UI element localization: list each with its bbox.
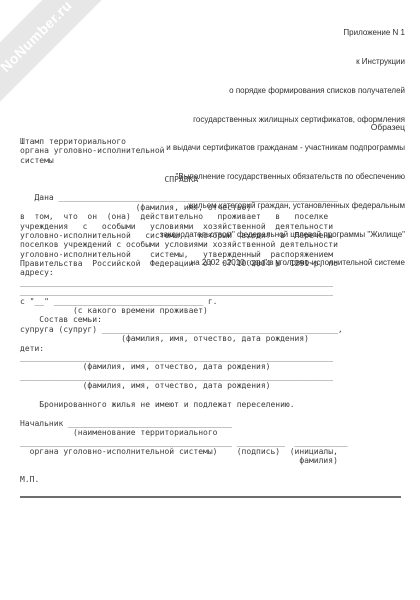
doc-line-paragraph: поселков учреждений с особыми условиями … xyxy=(20,240,348,249)
doc-line-child-blank: ________________________________________… xyxy=(20,372,348,381)
doc-line-address-blank: ________________________________________… xyxy=(20,278,348,287)
document-body: Штамп территориального органа уголовно-и… xyxy=(20,137,348,494)
doc-line-stamp: органа уголовно-исполнительной xyxy=(20,146,348,155)
doc-line-paragraph: учреждения с особыми условиями хозяйстве… xyxy=(20,222,348,231)
header-line: государственных жилищных сертификатов, о… xyxy=(160,115,405,125)
doc-line-blank xyxy=(20,165,348,174)
doc-line-address-blank: ________________________________________… xyxy=(20,287,348,296)
bottom-divider xyxy=(20,496,401,498)
doc-line-stamp: Штамп территориального xyxy=(20,137,348,146)
doc-line-paragraph: Правительства Российской Федерации от 07… xyxy=(20,259,348,268)
doc-line-caption: органа уголовно-исполнительной системы) … xyxy=(20,447,348,456)
doc-line-child-blank: ________________________________________… xyxy=(20,353,348,362)
doc-line-signature-blanks: ________________________________________… xyxy=(20,438,348,447)
doc-line-stamp-place: М.П. xyxy=(20,475,348,484)
doc-line-spouse: супруга (супруг) _______________________… xyxy=(20,325,348,334)
doc-line-paragraph: адресу: xyxy=(20,268,348,277)
document-page: NoNumber.ru Приложение N 1 к Инструкции … xyxy=(0,0,420,600)
doc-line-chief: Начальник ______________________________… xyxy=(20,419,348,428)
doc-line-blank xyxy=(20,484,348,493)
doc-line-title: СПРАВКА xyxy=(20,175,348,184)
doc-line-caption: (фамилия, имя, отчество) xyxy=(20,203,348,212)
doc-line-blank xyxy=(20,184,348,193)
doc-line-paragraph: уголовно-исполнительной системы, утвержд… xyxy=(20,250,348,259)
doc-line-since-date: с "__" _______________________________ г… xyxy=(20,297,348,306)
header-line: к Инструкции xyxy=(160,57,405,67)
header-line: о порядке формирования списков получател… xyxy=(160,86,405,96)
doc-line-caption: (наименование территориального xyxy=(20,428,348,437)
sample-label: Образец xyxy=(371,122,405,132)
doc-line-stamp: системы xyxy=(20,156,348,165)
watermark-banner: NoNumber.ru xyxy=(0,0,114,114)
doc-line-paragraph: в том, что он (она) действительно прожив… xyxy=(20,212,348,221)
doc-line-caption: (фамилия, имя, отчество, дата рождения) xyxy=(20,381,348,390)
doc-line-caption: (фамилия, имя, отчество, дата рождения) xyxy=(20,334,348,343)
doc-line-children: дети: xyxy=(20,344,348,353)
doc-line-blank xyxy=(20,409,348,418)
doc-line-paragraph: уголовно-исполнительной системы, который… xyxy=(20,231,348,240)
doc-line-family: Состав семьи: xyxy=(20,315,348,324)
doc-line-caption: (с какого времени проживает) xyxy=(20,306,348,315)
doc-line-blank xyxy=(20,391,348,400)
watermark-text: NoNumber.ru xyxy=(0,0,75,75)
doc-line-given-to: Дана ___________________________________… xyxy=(20,193,348,202)
doc-line-statement: Бронированного жилья не имеют и подлежат… xyxy=(20,400,348,409)
doc-line-caption: фамилия) xyxy=(20,456,348,465)
doc-line-blank xyxy=(20,466,348,475)
doc-line-caption: (фамилия, имя, отчество, дата рождения) xyxy=(20,362,348,371)
header-line: Приложение N 1 xyxy=(160,28,405,38)
